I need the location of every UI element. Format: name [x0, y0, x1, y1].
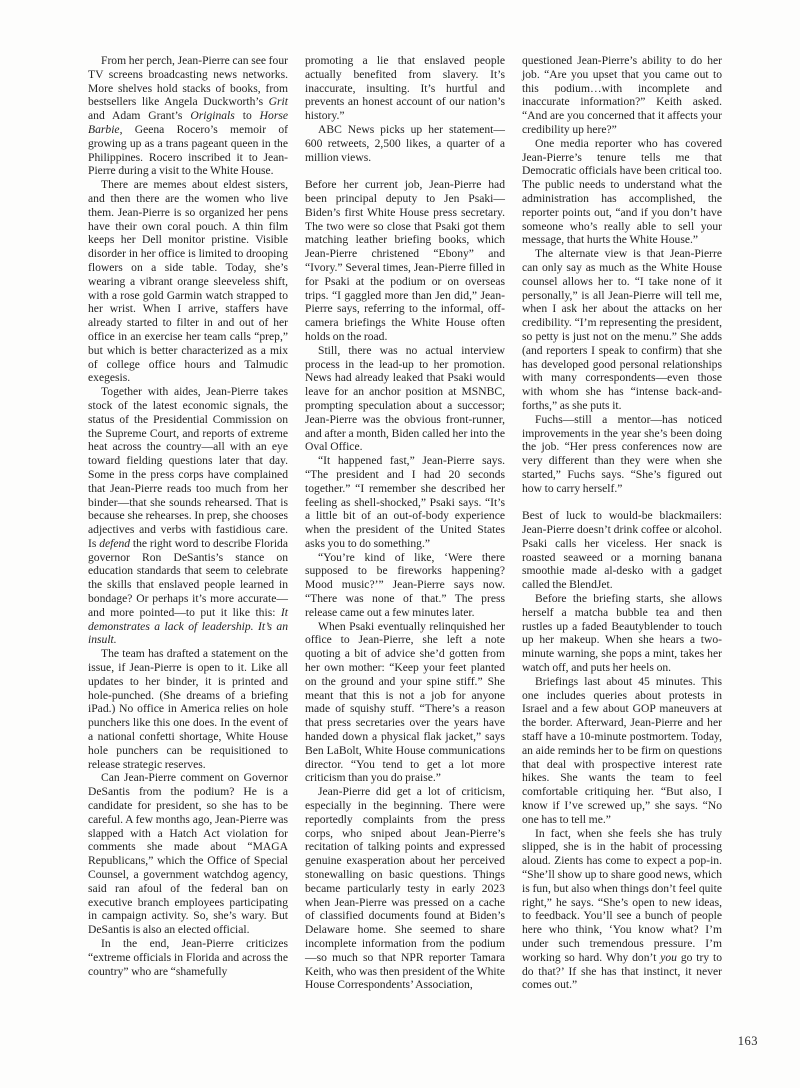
article-paragraph: Can Jean-Pierre comment on Governor DeSa… [88, 771, 288, 937]
article-paragraph: From her perch, Jean-Pierre can see four… [88, 54, 288, 178]
article-column-1: From her perch, Jean-Pierre can see four… [88, 54, 288, 992]
article-paragraph: Jean-Pierre did get a lot of criticism, … [305, 785, 505, 992]
article-paragraph: The team has drafted a statement on the … [88, 647, 288, 771]
article-paragraph: When Psaki eventually relinquished her o… [305, 620, 505, 786]
article-paragraph: Fuchs—still a mentor—has noticed improve… [522, 413, 722, 496]
article-paragraph: questioned Jean-Pierre’s ability to do h… [522, 54, 722, 137]
article-column-3: questioned Jean-Pierre’s ability to do h… [522, 54, 722, 992]
article-column-2: promoting a lie that enslaved people act… [305, 54, 505, 992]
article-paragraph: Best of luck to would-be blackmailers: J… [522, 509, 722, 592]
article-paragraph: ABC News picks up her statement—600 retw… [305, 123, 505, 164]
page-number: 163 [718, 1034, 758, 1049]
magazine-page: From her perch, Jean-Pierre can see four… [0, 0, 800, 1088]
article-paragraph: Before the briefing starts, she allows h… [522, 592, 722, 675]
article-paragraph: promoting a lie that enslaved people act… [305, 54, 505, 123]
article-paragraph: Still, there was no actual interview pro… [305, 344, 505, 454]
article-paragraph: Before her current job, Jean-Pierre had … [305, 178, 505, 344]
article-paragraph: One media reporter who has covered Jean-… [522, 137, 722, 247]
article-body: From her perch, Jean-Pierre can see four… [88, 54, 722, 992]
article-paragraph: There are memes about eldest sisters, an… [88, 178, 288, 385]
article-paragraph: In fact, when she feels she has truly sl… [522, 827, 722, 993]
article-paragraph: “You’re kind of like, ‘Were there suppos… [305, 551, 505, 620]
article-paragraph: Briefings last about 45 minutes. This on… [522, 675, 722, 827]
article-paragraph: In the end, Jean-Pierre criticizes “extr… [88, 937, 288, 978]
article-paragraph: Together with aides, Jean-Pierre takes s… [88, 385, 288, 647]
article-paragraph: The alternate view is that Jean-Pierre c… [522, 247, 722, 413]
article-paragraph: “It happened fast,” Jean-Pierre says. “T… [305, 454, 505, 551]
